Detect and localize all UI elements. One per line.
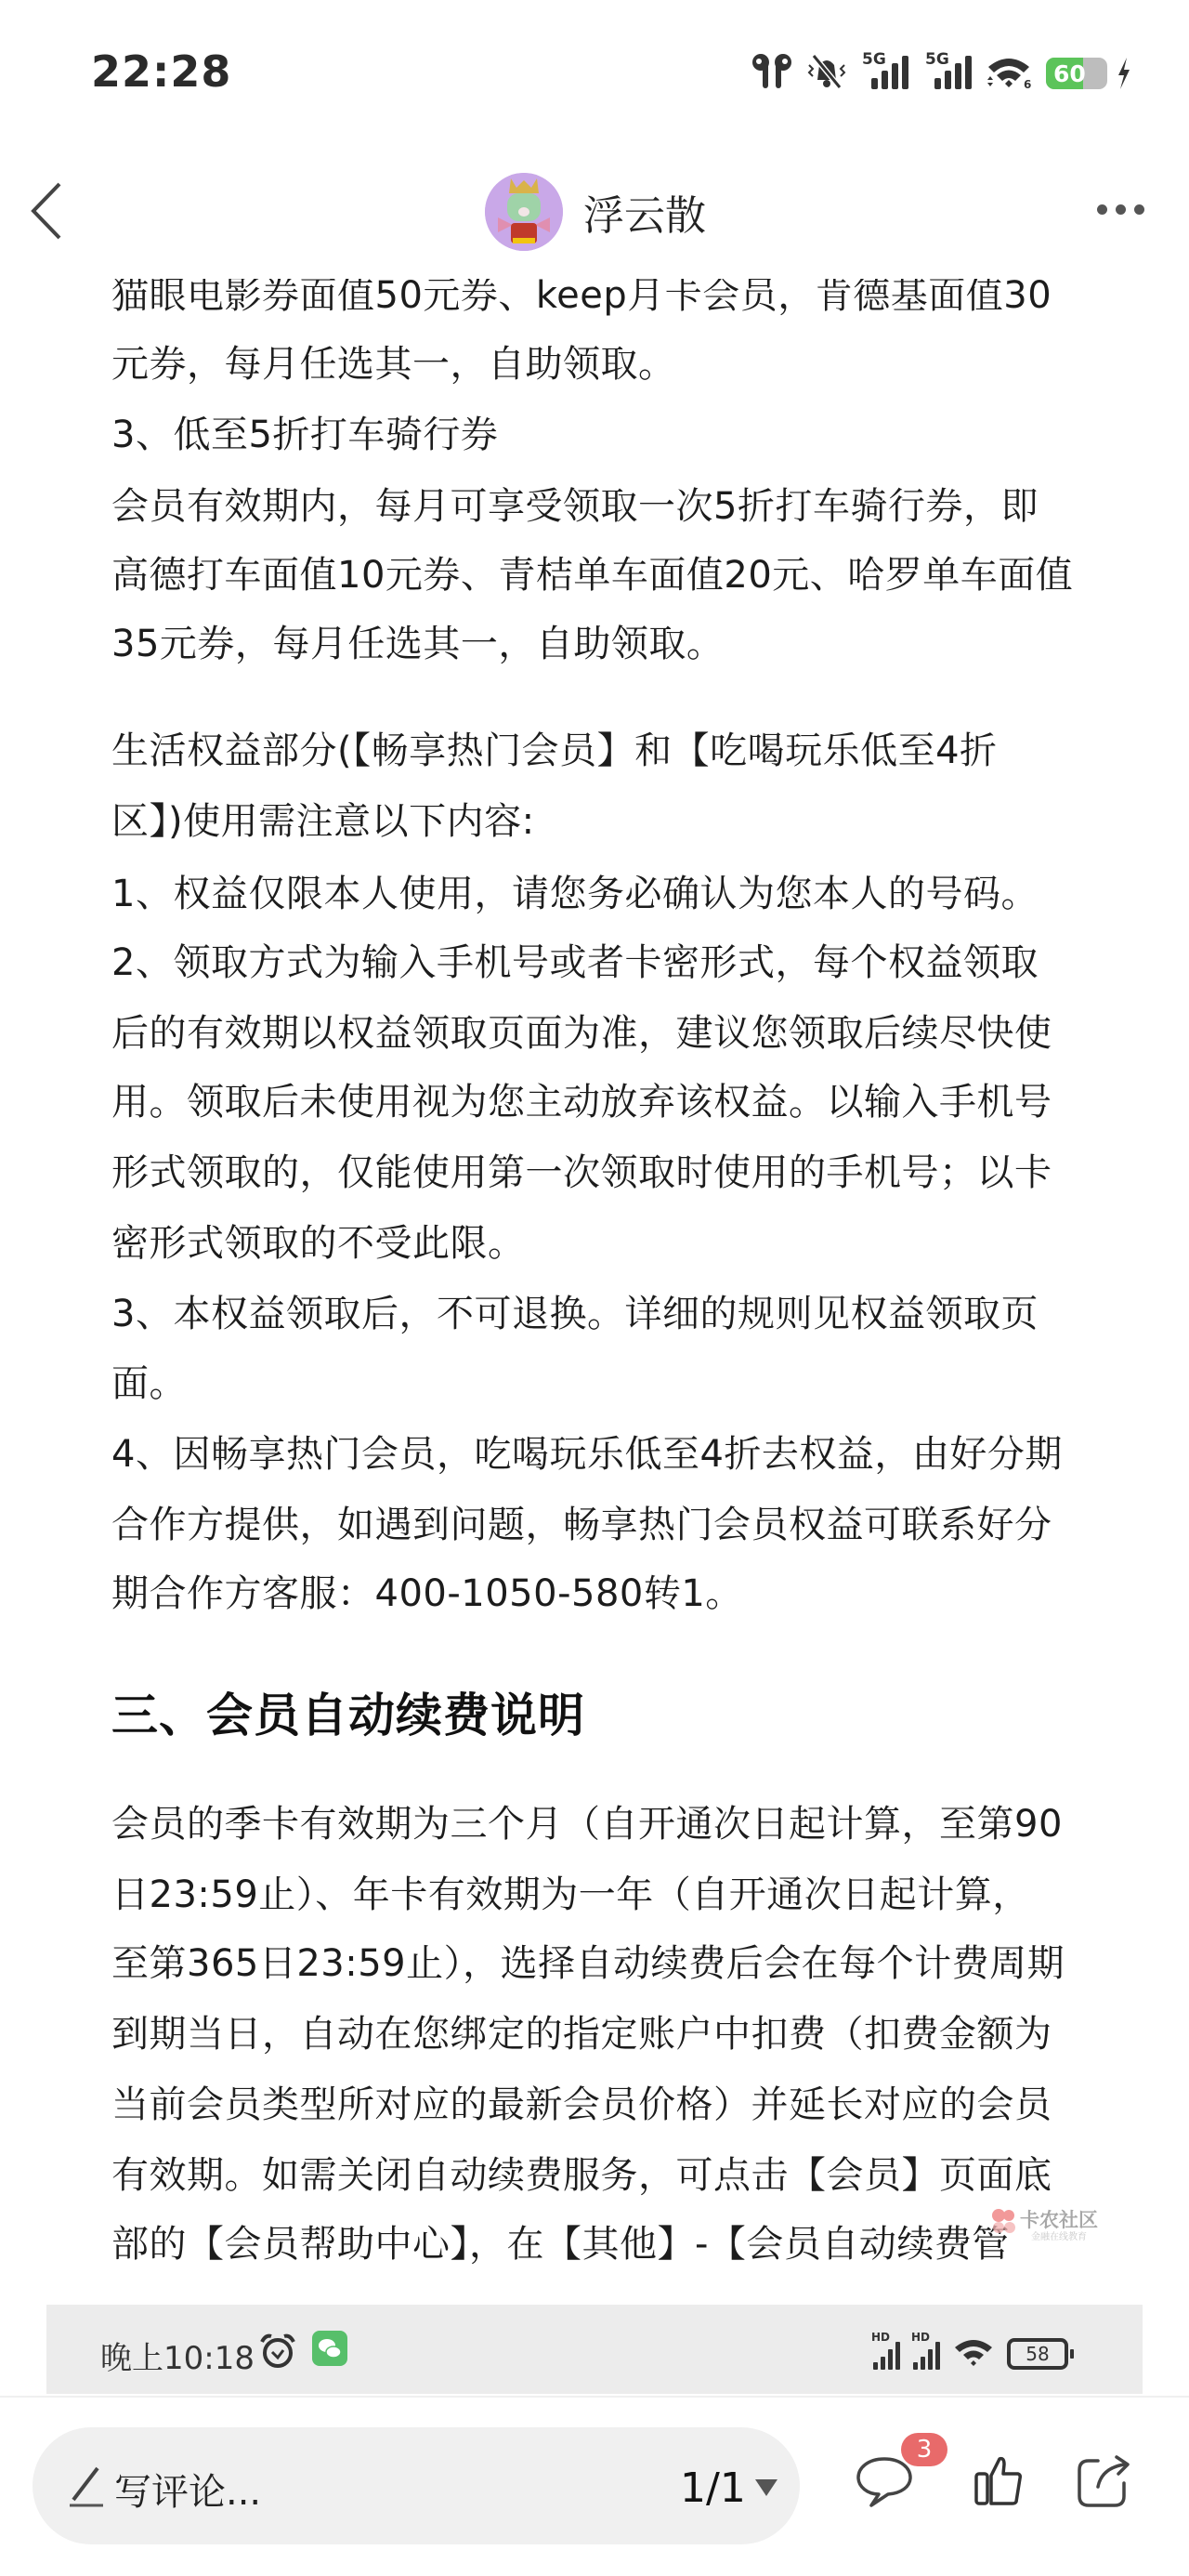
article-line: 35元券，每月任选其一，自助领取。 xyxy=(111,618,724,670)
comment-placeholder: 写评论... xyxy=(114,2463,261,2516)
embedded-time: 晚上10:18 xyxy=(100,2333,255,2378)
thumbs-up-icon[interactable] xyxy=(973,2455,1024,2505)
wifi-6-icon: 6 xyxy=(985,54,1033,89)
wifi-icon xyxy=(953,2336,994,2370)
battery-icon: 60 xyxy=(1046,58,1107,89)
status-icons: 5G 5G 6 60 xyxy=(751,52,1131,89)
comment-icon[interactable] xyxy=(855,2455,914,2509)
article-line: 后的有效期以权益领取页面为准，建议您领取后续尽快使 xyxy=(111,1007,1052,1059)
page-indicator[interactable]: 1/1 xyxy=(680,2464,746,2512)
watermark-subtitle: 金融在线教育 xyxy=(1031,2228,1087,2242)
avatar-image-icon xyxy=(485,173,563,251)
alarm-icon xyxy=(258,2333,297,2370)
article-line: 当前会员类型所对应的最新会员价格）并延长对应的会员 xyxy=(111,2079,1052,2131)
article-line: 至第365日23:59止），选择自动续费后会在每个计费周期 xyxy=(111,1938,1065,1990)
article-line: 面。 xyxy=(111,1358,187,1410)
battery-icon: 58 xyxy=(1007,2338,1068,2370)
article-line: 到期当日，自动在您绑定的指定账户中扣费（扣费金额为 xyxy=(111,2008,1052,2060)
back-button[interactable] xyxy=(26,178,72,243)
bottom-action-bar: 写评论... 1/1 3 xyxy=(0,2398,1189,2576)
embedded-screenshot-status: 晚上10:18 HD HD 58 xyxy=(46,2305,1143,2394)
watermark: 卡农社区 金融在线教育 xyxy=(990,2205,1111,2242)
svg-text:6: 6 xyxy=(1024,78,1031,89)
signal-hd-icon: HD xyxy=(913,2333,940,2370)
article-line: 3、本权益领取后，不可退换。详细的规则见权益领取页 xyxy=(111,1288,1039,1340)
comment-input[interactable]: 写评论... 1/1 xyxy=(33,2427,800,2544)
article-line: 有效期。如需关闭自动续费服务，可点击【会员】页面底 xyxy=(111,2149,1052,2201)
article-line: 高德打车面值10元券、青桔单车面值20元、哈罗单车面值 xyxy=(111,549,1073,601)
signal-hd-icon: HD xyxy=(873,2333,900,2370)
embedded-status-icons: HD HD 58 xyxy=(873,2329,1068,2370)
signal-5g-icon: 5G xyxy=(933,56,972,89)
article-line: 合作方提供，如遇到问题，畅享热门会员权益可联系好分 xyxy=(111,1499,1052,1551)
watermark-logo-icon xyxy=(990,2207,1018,2235)
author-info[interactable]: 浮云散 xyxy=(485,173,706,251)
section-heading: 三、会员自动续费说明 xyxy=(111,1678,585,1745)
signal-5g-icon: 5G xyxy=(869,56,908,89)
article-line: 区】)使用需注意以下内容: xyxy=(111,795,535,848)
article-line: 会员有效期内，每月可享受领取一次5折打车骑行券，即 xyxy=(111,480,1039,532)
caret-down-icon[interactable] xyxy=(755,2479,777,2496)
earbuds-icon xyxy=(751,52,793,89)
article-line: 4、因畅享热门会员，吃喝玩乐低至4折去权益，由好分期 xyxy=(111,1428,1063,1480)
article-line: 2、领取方式为输入手机号或者卡密形式，每个权益领取 xyxy=(111,937,1039,989)
article-line: 密形式领取的不受此限。 xyxy=(111,1217,526,1269)
pen-icon xyxy=(66,2464,107,2509)
article-line: 1、权益仅限本人使用，请您务必确认为您本人的号码。 xyxy=(111,868,1039,920)
article-line: 元券，每月任选其一，自助领取。 xyxy=(111,338,676,390)
article-line: 会员的季卡有效期为三个月（自开通次日起计算，至第90 xyxy=(111,1798,1063,1850)
article-line: 部的【会员帮助中心】，在【其他】-【会员自动续费管 xyxy=(111,2218,1010,2270)
article-line: 期合作方客服：400-1050-580转1。 xyxy=(111,1568,743,1620)
mute-bell-icon xyxy=(806,52,847,89)
more-options-button[interactable] xyxy=(1097,204,1144,215)
avatar[interactable] xyxy=(485,173,563,251)
article-line: 3、低至5折打车骑行券 xyxy=(111,409,498,461)
status-bar: 22:28 5G 5G 6 xyxy=(0,0,1189,139)
status-time: 22:28 xyxy=(91,46,231,97)
article-line: 生活权益部分(【畅享热门会员】和【吃喝玩乐低至4折 xyxy=(111,725,998,777)
article-body: 猫眼电影券面值50元券、keep月卡会员，肯德基面值30 元券，每月任选其一，自… xyxy=(0,0,1189,2295)
article-line: 用。领取后未使用视为您主动放弃该权益。以输入手机号 xyxy=(111,1076,1052,1128)
wechat-icon xyxy=(312,2331,347,2366)
header-title: 浮云散 xyxy=(583,182,706,242)
comment-count-badge: 3 xyxy=(901,2433,947,2466)
article-line: 日23:59止）、年卡有效期为一年（自开通次日起计算， xyxy=(111,1869,1030,1921)
charging-bolt-icon xyxy=(1117,58,1131,89)
more-dots-icon xyxy=(1097,204,1107,215)
article-line: 形式领取的，仅能使用第一次领取时使用的手机号；以卡 xyxy=(111,1147,1052,1199)
app-header: 浮云散 xyxy=(0,139,1189,279)
share-icon[interactable] xyxy=(1076,2455,1133,2509)
